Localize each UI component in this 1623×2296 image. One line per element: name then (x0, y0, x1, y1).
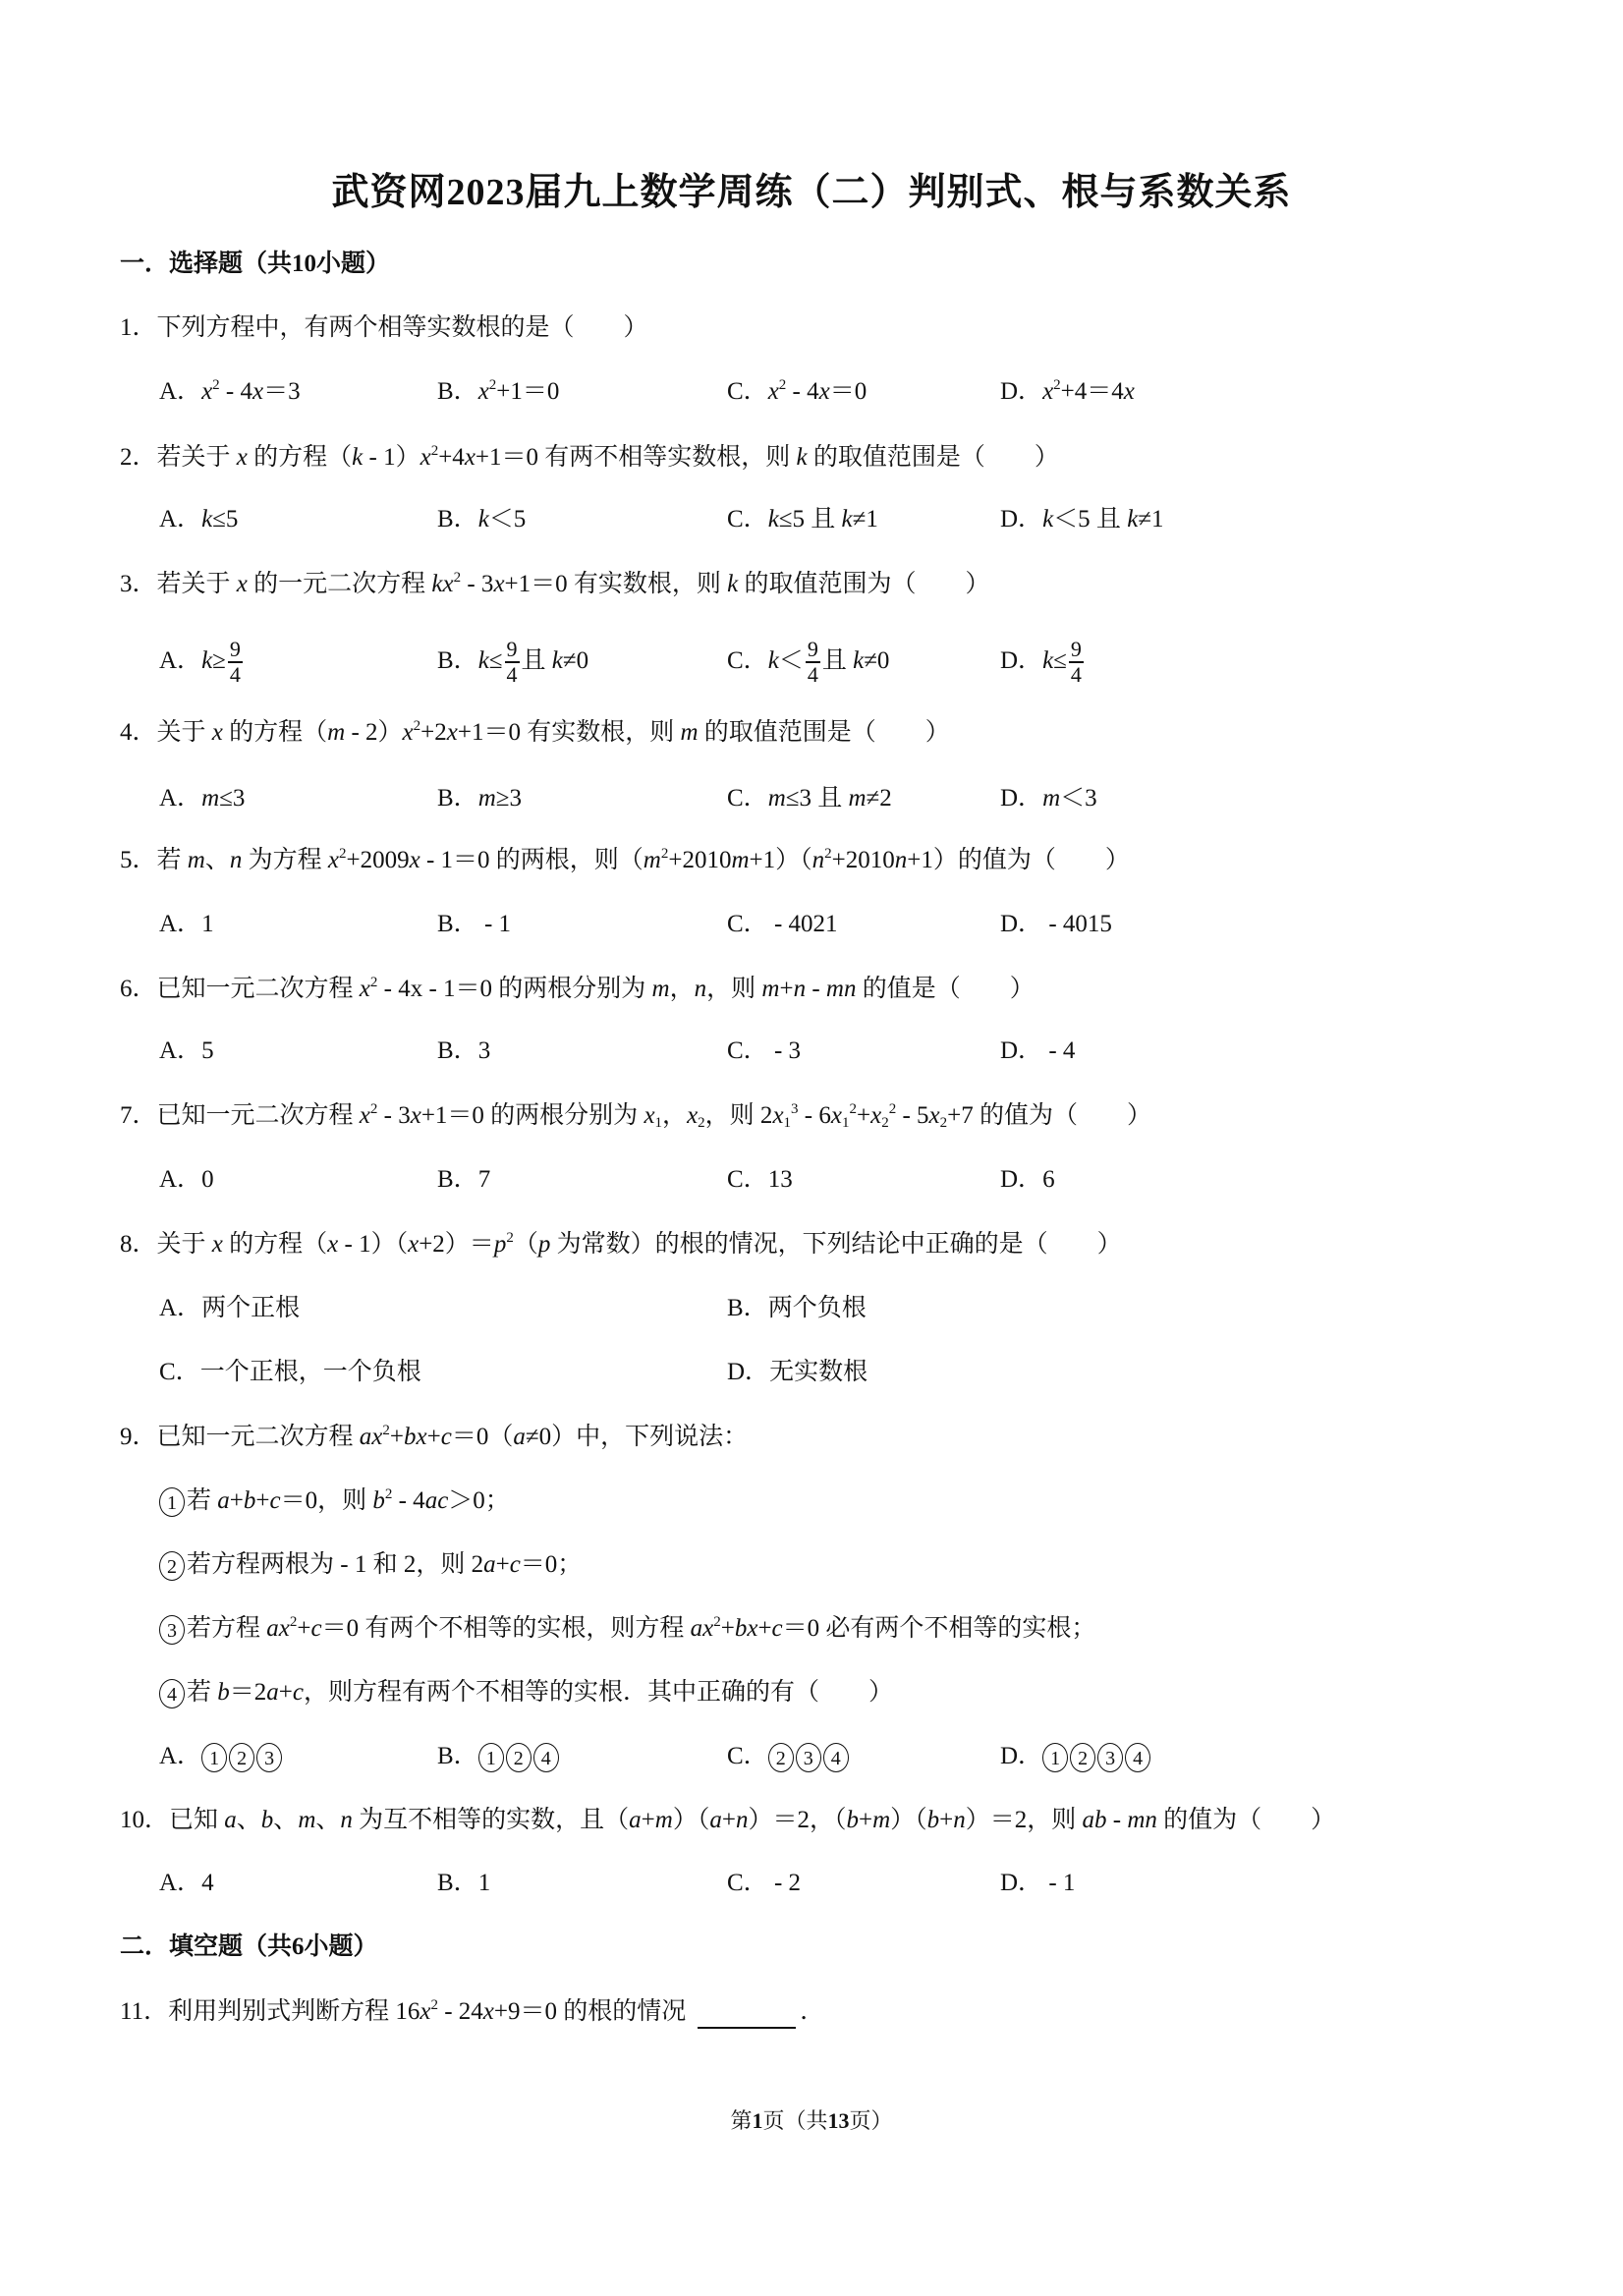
question-9: 9．已知一元二次方程 ax2+bx+c＝0（a≠0）中，下列说法： (120, 1421, 748, 1454)
question-7: 7．已知一元二次方程 x2 - 3x+1＝0 的两根分别为 x1，x2，则 2x… (120, 1099, 1151, 1133)
choice-6b[interactable]: B．3 (437, 1035, 490, 1068)
question-5: 5．若 m、n 为方程 x2+2009x - 1＝0 的两根，则（m2+2010… (120, 844, 1130, 877)
choice-2b[interactable]: B．k＜5 (437, 503, 526, 536)
choice-4d[interactable]: D．m＜3 (1000, 782, 1097, 815)
question-11: 11．利用判别式判断方程 16x2 - 24x+9＝0 的根的情况． (120, 1995, 824, 2029)
choice-9a[interactable]: A．123 (159, 1740, 284, 1773)
choice-5d[interactable]: D． - 4015 (1000, 908, 1112, 941)
choice-7b[interactable]: B．7 (437, 1163, 490, 1197)
question-6: 6．已知一元二次方程 x2 - 4x - 1＝0 的两根分别为 m，n，则 m+… (120, 973, 1035, 1006)
page-footer: 第1页（共13页） (0, 2106, 1623, 2136)
question-4: 4．关于 x 的方程（m - 2）x2+2x+1＝0 有实数根，则 m 的取值范… (120, 716, 950, 750)
statement-1: 1若 a+b+c＝0，则 b2 - 4ac＞0； (159, 1484, 510, 1518)
choice-1d[interactable]: D．x2+4＝4x (1000, 375, 1135, 409)
question-3: 3．若关于 x 的一元二次方程 kx2 - 3x+1＝0 有实数根，则 k 的取… (120, 568, 990, 601)
question-number: 3． (120, 571, 157, 597)
choice-10a[interactable]: A．4 (159, 1867, 214, 1900)
question-8: 8．关于 x 的方程（x - 1）（x+2）＝p2（p 为常数）的根的情况，下列… (120, 1228, 1122, 1261)
circled-4-icon: 4 (159, 1679, 185, 1708)
question-number: 2． (120, 444, 157, 471)
section-heading-multiple-choice: 一．选择题（共10小题） (120, 248, 390, 281)
choice-9c[interactable]: C．234 (727, 1740, 851, 1773)
total-pages: 13 (828, 2108, 850, 2133)
question-number: 6． (120, 976, 157, 1002)
answer-blank[interactable] (698, 2001, 796, 2029)
choice-8a[interactable]: A．两个正根 (159, 1292, 300, 1325)
question-number: 8． (120, 1231, 157, 1258)
current-page: 1 (752, 2108, 762, 2133)
choice-5c[interactable]: C． - 4021 (727, 908, 838, 941)
choice-10d[interactable]: D． - 1 (1000, 1867, 1075, 1900)
choice-3b[interactable]: B．k≤94且 k≠0 (437, 637, 588, 687)
choice-4a[interactable]: A．m≤3 (159, 782, 245, 815)
question-number: 9． (120, 1424, 157, 1450)
choice-2c[interactable]: C．k≤5 且 k≠1 (727, 503, 878, 536)
circled-2-icon: 2 (159, 1551, 185, 1581)
choice-2d[interactable]: D．k＜5 且 k≠1 (1000, 503, 1164, 536)
statement-2: 2若方程两根为 - 1 和 2，则 2a+c＝0； (159, 1548, 582, 1582)
choice-5b[interactable]: B． - 1 (437, 908, 511, 941)
choice-4b[interactable]: B．m≥3 (437, 782, 522, 815)
question-2: 2．若关于 x 的方程（k - 1）x2+4x+1＝0 有两不相等实数根，则 k… (120, 441, 1059, 475)
choice-3c[interactable]: C．k＜94且 k≠0 (727, 637, 889, 687)
choice-8c[interactable]: C．一个正根，一个负根 (159, 1356, 421, 1389)
circled-3-icon: 3 (159, 1615, 185, 1645)
section-heading-fill-in: 二．填空题（共6小题） (120, 1931, 378, 1964)
choice-10b[interactable]: B．1 (437, 1867, 490, 1900)
question-number: 4． (120, 719, 157, 746)
choice-2a[interactable]: A．k≤5 (159, 503, 238, 536)
choice-8b[interactable]: B．两个负根 (727, 1292, 867, 1325)
fraction-9-4: 94 (505, 638, 520, 687)
choice-7a[interactable]: A．0 (159, 1163, 214, 1197)
choice-6c[interactable]: C． - 3 (727, 1035, 801, 1068)
choice-3d[interactable]: D．k≤94 (1000, 637, 1086, 687)
question-number: 1． (120, 314, 157, 341)
question-number: 10． (120, 1807, 169, 1833)
question-1: 1．下列方程中，有两个相等实数根的是（ ） (120, 311, 648, 345)
choice-6a[interactable]: A．5 (159, 1035, 214, 1068)
choice-10c[interactable]: C． - 2 (727, 1867, 801, 1900)
choice-1a[interactable]: A．x2 - 4x＝3 (159, 375, 301, 409)
statement-3: 3若方程 ax2+c＝0 有两个不相等的实根，则方程 ax2+bx+c＝0 必有… (159, 1612, 1095, 1646)
question-stem: 下列方程中，有两个相等实数根的是（ ） (157, 314, 648, 341)
choice-7d[interactable]: D．6 (1000, 1163, 1055, 1197)
choice-1b[interactable]: B．x2+1＝0 (437, 375, 559, 409)
statement-4: 4若 b＝2a+c，则方程有两个不相等的实根．其中正确的有（ ） (159, 1676, 893, 1709)
choice-1c[interactable]: C．x2 - 4x＝0 (727, 375, 867, 409)
question-number: 7． (120, 1102, 157, 1129)
fraction-9-4: 94 (806, 638, 820, 687)
question-number: 11． (120, 1998, 168, 2025)
choice-9b[interactable]: B．124 (437, 1740, 561, 1773)
choice-9d[interactable]: D．1234 (1000, 1740, 1152, 1773)
circled-1-icon: 1 (159, 1487, 185, 1517)
question-number: 5． (120, 847, 157, 873)
choice-5a[interactable]: A．1 (159, 908, 214, 941)
choice-7c[interactable]: C．13 (727, 1163, 793, 1197)
question-10: 10．已知 a、b、m、n 为互不相等的实数，且（a+m）（a+n）＝2，（b+… (120, 1804, 1335, 1837)
choice-6d[interactable]: D． - 4 (1000, 1035, 1075, 1068)
choice-3a[interactable]: A．k≥94 (159, 637, 245, 687)
document-title: 武资网2023届九上数学周练（二）判别式、根与系数关系 (0, 169, 1623, 216)
fraction-9-4: 94 (228, 638, 243, 687)
fraction-9-4: 94 (1069, 638, 1084, 687)
choice-4c[interactable]: C．m≤3 且 m≠2 (727, 782, 892, 815)
choice-8d[interactable]: D．无实数根 (727, 1356, 867, 1389)
